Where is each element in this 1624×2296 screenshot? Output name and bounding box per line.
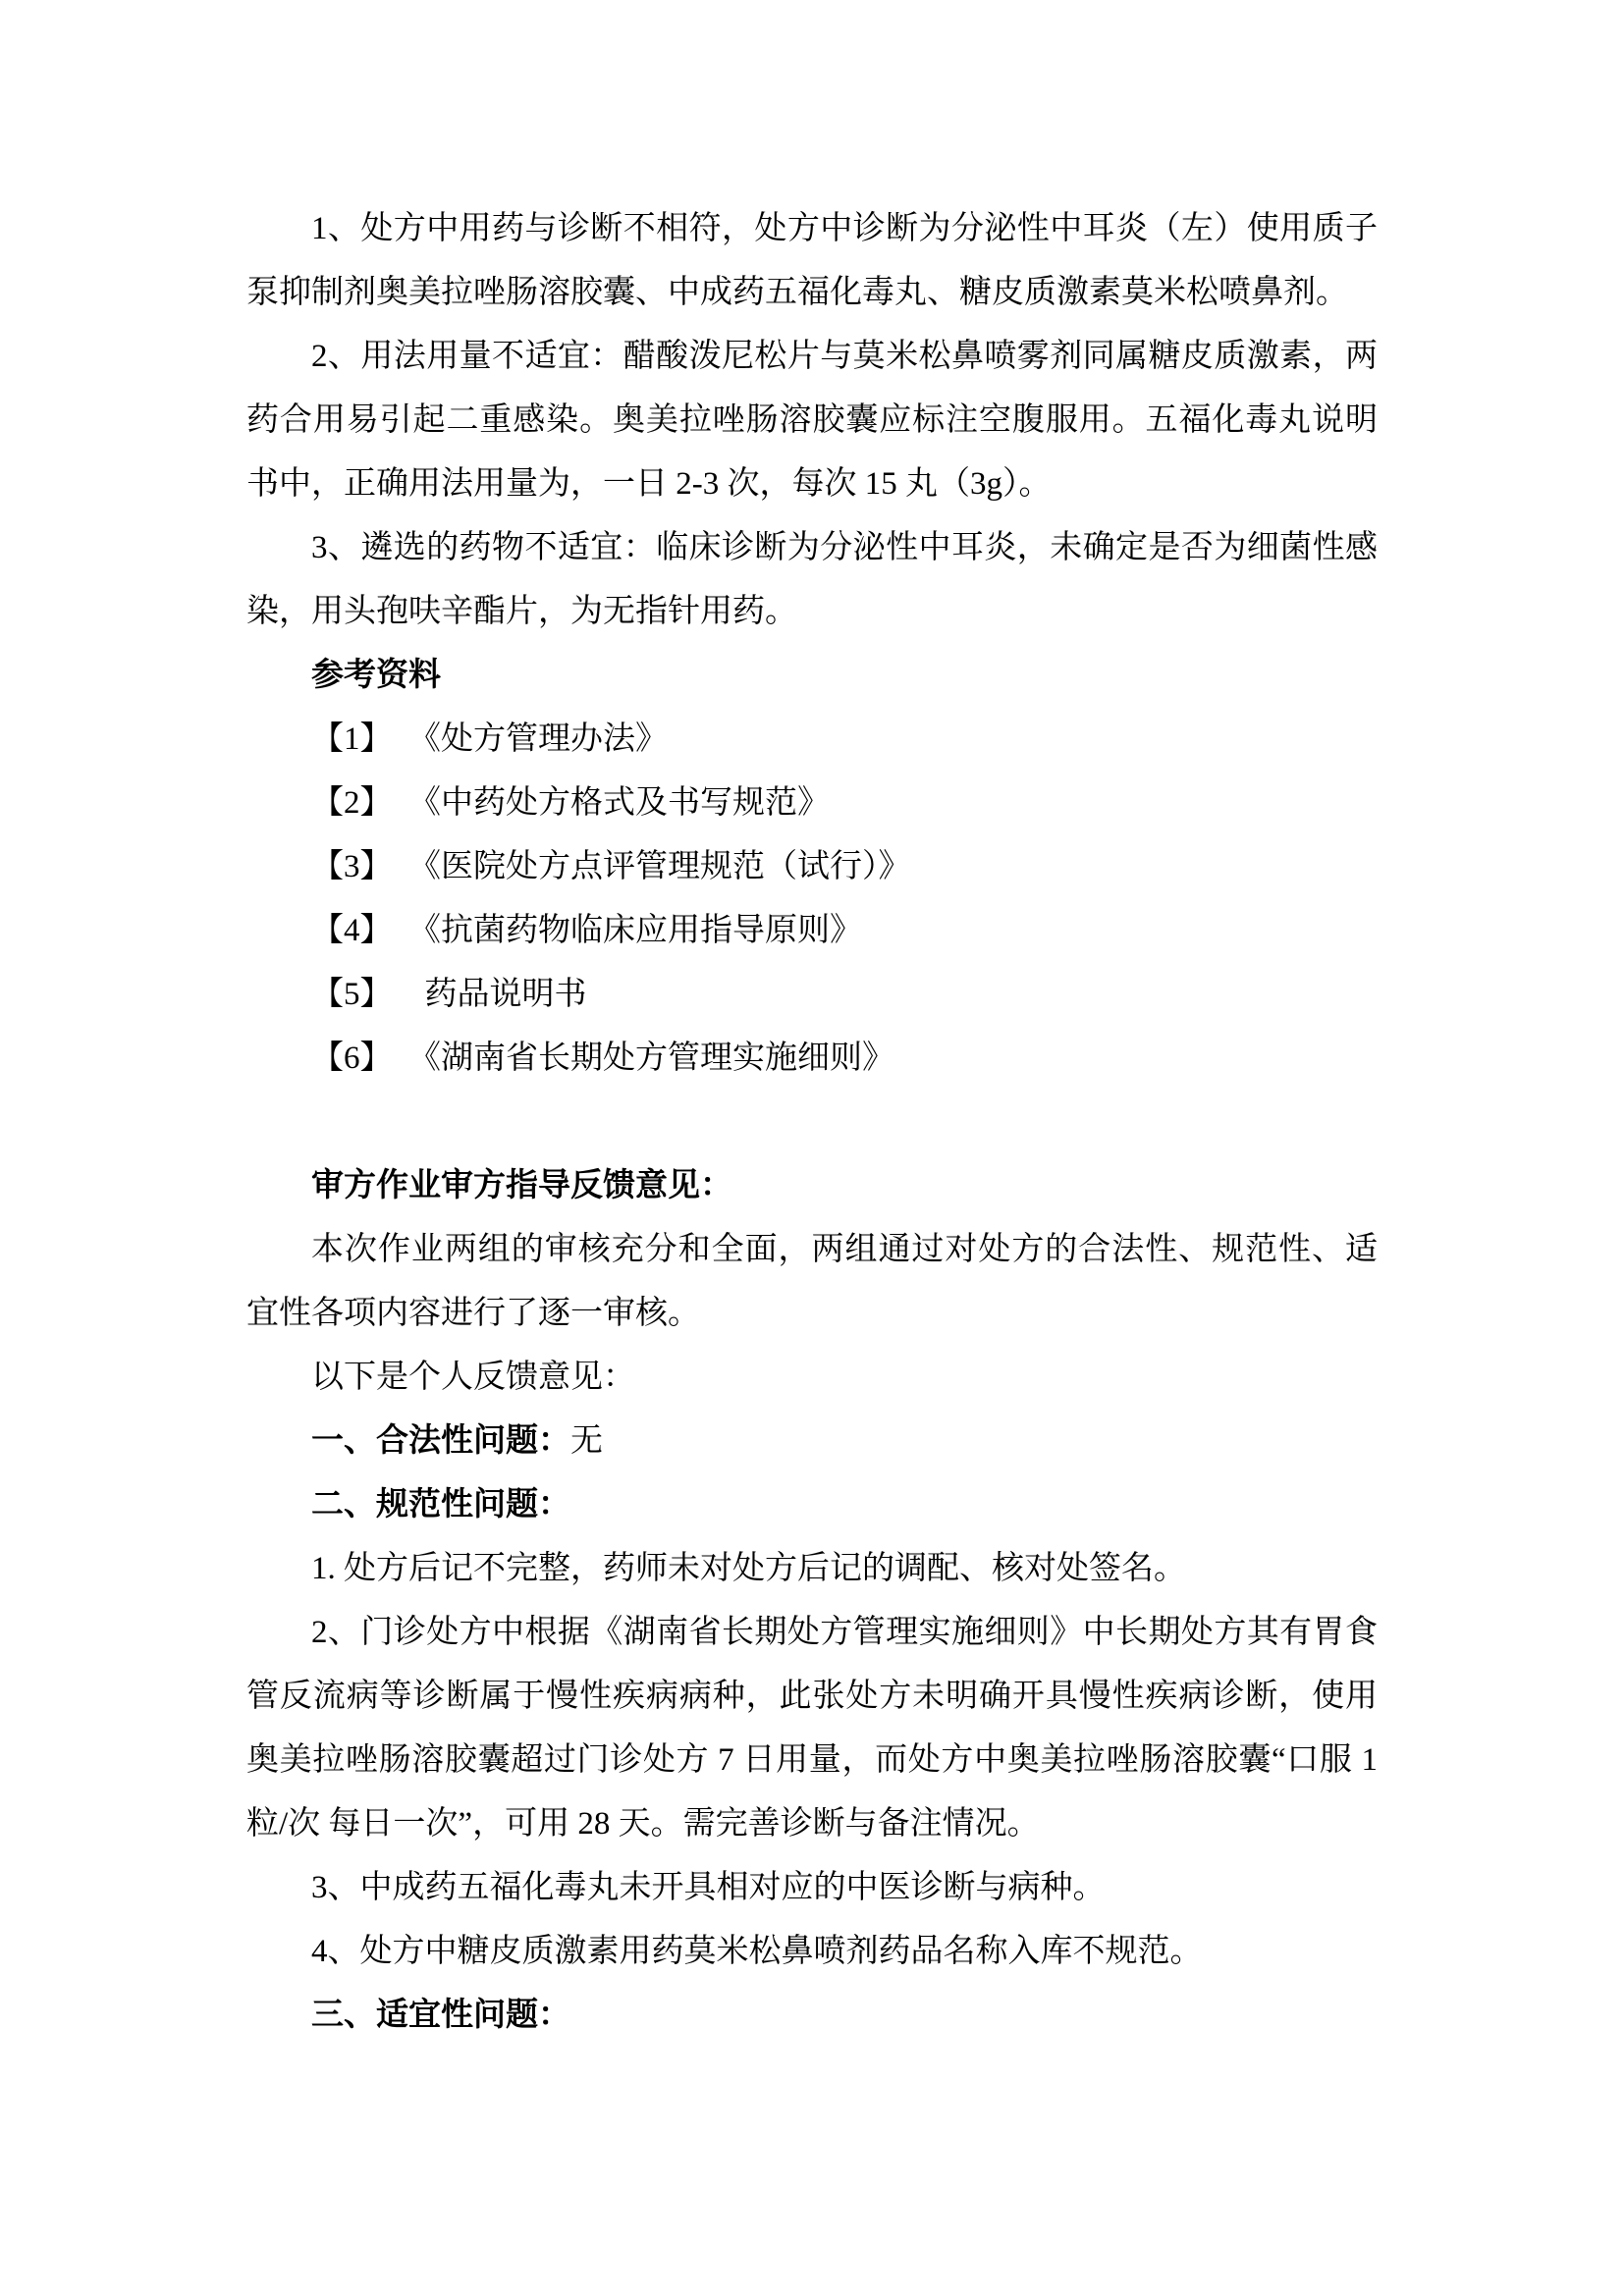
- reference-item: 【1】《处方管理办法》: [246, 708, 1378, 772]
- paragraph: 4、处方中糖皮质激素用药莫米松鼻喷剂药品名称入库不规范。: [246, 1920, 1378, 1984]
- reference-title: 《处方管理办法》: [425, 721, 669, 757]
- document-content: 1、处方中用药与诊断不相符，处方中诊断为分泌性中耳炎（左）使用质子泵抑制剂奥美拉…: [246, 197, 1378, 2048]
- reference-number: 【1】: [311, 721, 393, 757]
- reference-item: 【5】药品说明书: [246, 963, 1378, 1027]
- paragraph: 3、中成药五福化毒丸未开具相对应的中医诊断与病种。: [246, 1856, 1378, 1920]
- section-heading: 二、规范性问题：: [246, 1473, 1378, 1537]
- section-heading: 审方作业审方指导反馈意见：: [246, 1154, 1378, 1218]
- paragraph: 3、遴选的药物不适宜：临床诊断为分泌性中耳炎，未确定是否为细菌性感染，用头孢呋辛…: [246, 516, 1378, 644]
- reference-number: 【2】: [311, 785, 393, 821]
- reference-item: 【3】《医院处方点评管理规范（试行）》: [246, 835, 1378, 899]
- reference-number: 【4】: [311, 913, 393, 948]
- paragraph: 2、门诊处方中根据《湖南省长期处方管理实施细则》中长期处方其有胃食管反流病等诊断…: [246, 1601, 1378, 1856]
- reference-item: 【6】《湖南省长期处方管理实施细则》: [246, 1027, 1378, 1091]
- section-heading: 三、适宜性问题：: [246, 1984, 1378, 2048]
- paragraph: 1、处方中用药与诊断不相符，处方中诊断为分泌性中耳炎（左）使用质子泵抑制剂奥美拉…: [246, 197, 1378, 325]
- reference-number: 【6】: [311, 1041, 393, 1076]
- reference-item: 【4】《抗菌药物临床应用指导原则》: [246, 899, 1378, 963]
- reference-item: 【2】《中药处方格式及书写规范》: [246, 772, 1378, 835]
- reference-title: 《中药处方格式及书写规范》: [425, 785, 831, 821]
- reference-title: 《抗菌药物临床应用指导原则》: [425, 913, 863, 948]
- document-page: 1、处方中用药与诊断不相符，处方中诊断为分泌性中耳炎（左）使用质子泵抑制剂奥美拉…: [0, 0, 1624, 2296]
- paragraph: 以下是个人反馈意见：: [246, 1346, 1378, 1410]
- reference-title: 《医院处方点评管理规范（试行）》: [425, 849, 911, 884]
- section-heading: 参考资料: [246, 644, 1378, 708]
- paragraph-bold-label: 一、合法性问题：: [311, 1423, 570, 1459]
- paragraph: 一、合法性问题：无: [246, 1410, 1378, 1473]
- blank-line: [246, 1091, 1378, 1154]
- paragraph: 1. 处方后记不完整，药师未对处方后记的调配、核对处签名。: [246, 1537, 1378, 1601]
- paragraph: 本次作业两组的审核充分和全面，两组通过对处方的合法性、规范性、适宜性各项内容进行…: [246, 1218, 1378, 1346]
- reference-number: 【3】: [311, 849, 393, 884]
- reference-title: 药品说明书: [425, 977, 587, 1012]
- reference-title: 《湖南省长期处方管理实施细则》: [425, 1041, 895, 1076]
- reference-number: 【5】: [311, 977, 393, 1012]
- paragraph: 2、用法用量不适宜：醋酸泼尼松片与莫米松鼻喷雾剂同属糖皮质激素，两药合用易引起二…: [246, 325, 1378, 516]
- paragraph-text: 无: [570, 1423, 603, 1459]
